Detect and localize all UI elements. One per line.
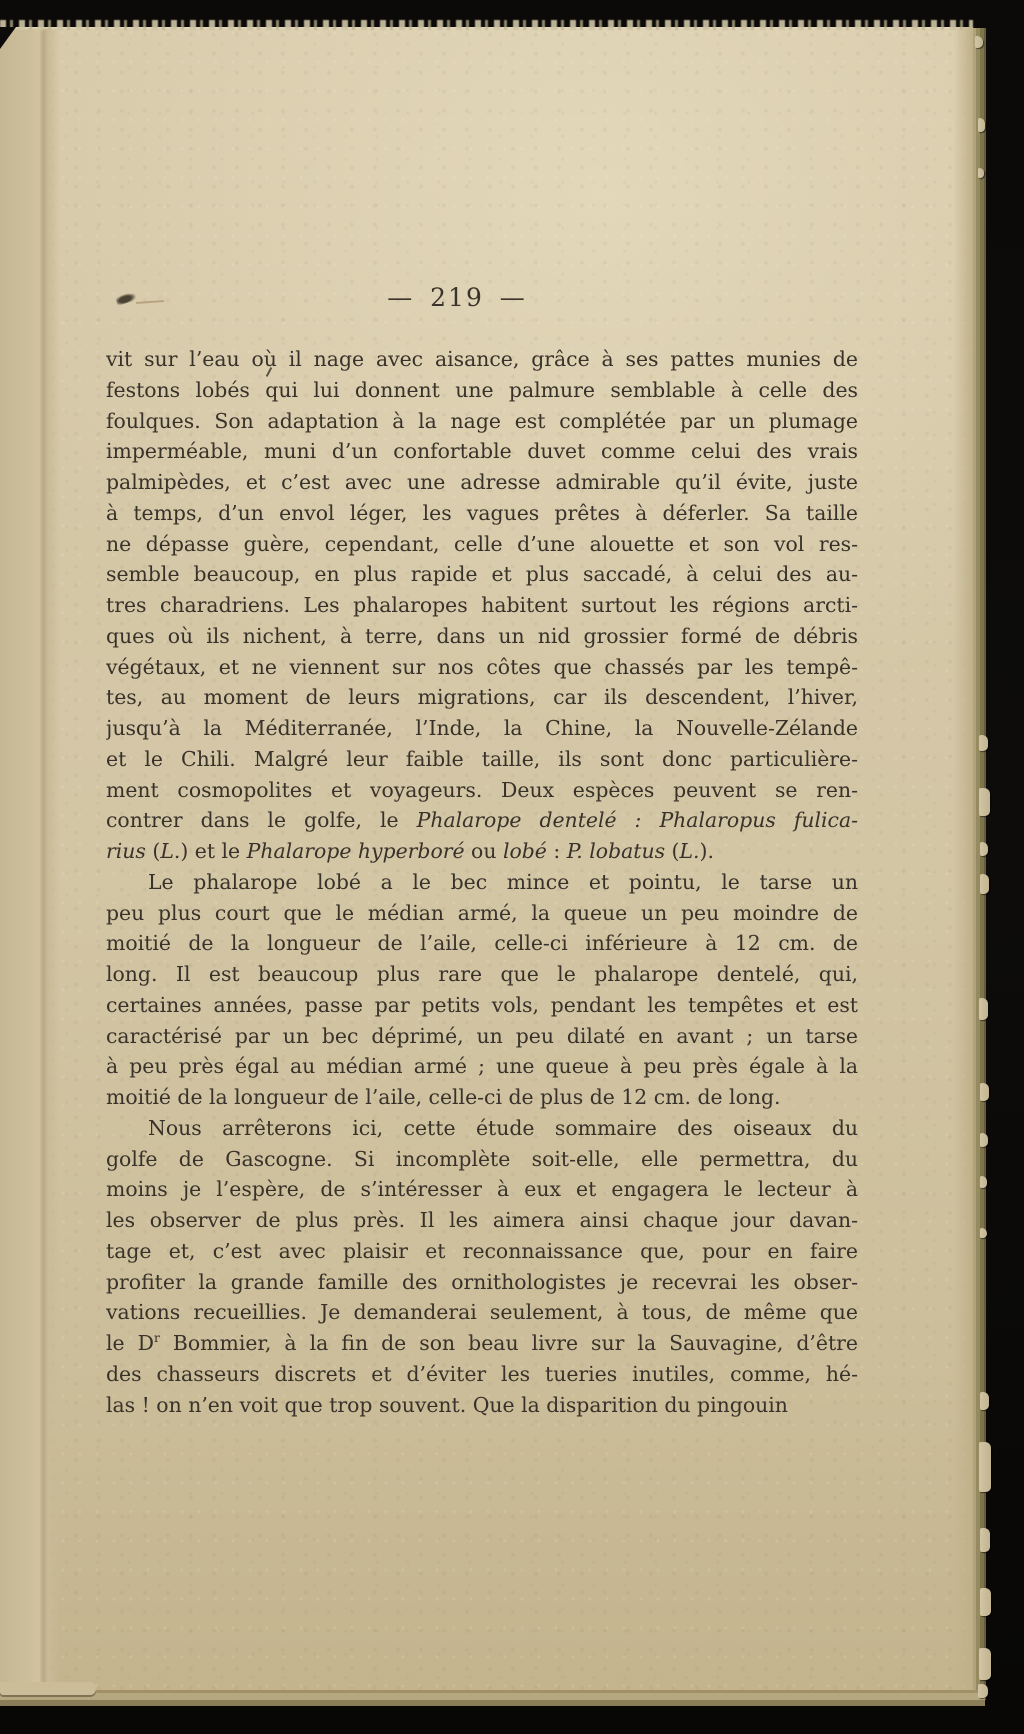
text-segment: à temps, d’un envol léger, les vagues pr… [106,501,858,525]
italic-text: lobé [503,839,547,863]
text-line: moitié de la longueur de l’aile, celle-c… [106,928,858,959]
text-line: Le phalarope lobé a le bec mince et poin… [106,867,858,898]
text-line: vit sur l’eau où il nage avec aisance, g… [106,344,858,375]
text-line: des chasseurs discrets et d’éviter les t… [106,1359,858,1390]
text-segment: ment cosmopolites et voyageurs. Deux esp… [106,778,858,802]
torn-page-tuft [979,788,990,816]
text-segment: Nous arrêterons ici, cette étude sommair… [148,1116,858,1140]
italic-text: Phalarope dentelé : Phalaropus fulica- [417,808,858,832]
torn-page-tuft [979,1442,991,1492]
text-segment: ou [465,839,503,863]
text-line: le Dr Bommier, à la fin de son beau livr… [106,1328,858,1359]
text-segment: peu plus court que le médian armé, la qu… [106,901,858,925]
torn-page-tuft [980,1083,989,1101]
text-segment: tage et, c’est avec plaisir et reconnais… [106,1239,858,1263]
torn-page-tuft [978,118,985,132]
text-segment: semble beaucoup, en plus rapide et plus … [106,562,858,586]
text-line: foulques. Son adaptation à la nage est c… [106,406,858,437]
text-line: festons lobés qui lui donnent une palmur… [106,375,858,406]
italic-text: Phalarope hyperboré [247,839,465,863]
text-segment: Le phalarope lobé a le bec mince et poin… [148,870,858,894]
torn-page-tuft [978,1684,988,1698]
photo-background: — 219 — vit sur l’eau où il nage avec ai… [0,0,1024,1734]
italic-text: rius [106,839,146,863]
text-line: tres charadriens. Les phalaropes habiten… [106,590,858,621]
text-line: las ! on n’en voit que trop souvent. Que… [106,1390,858,1421]
text-line: imperméable, muni d’un confortable duvet… [106,436,858,467]
torn-page-tuft [980,1588,991,1616]
text-segment: ques où ils nichent, à terre, dans un ni… [106,624,858,648]
text-segment: imperméable, muni d’un confortable duvet… [106,439,858,463]
text-segment: profiter la grande famille des ornitholo… [106,1270,858,1294]
text-segment: palmipèdes, et c’est avec une adresse ad… [106,470,858,494]
text-line: profiter la grande famille des ornitholo… [106,1267,858,1298]
text-segment: jusqu’à la Méditerranée, l’Inde, la Chin… [106,716,858,740]
text-line: tage et, c’est avec plaisir et reconnais… [106,1236,858,1267]
text-segment: foulques. Son adaptation à la nage est c… [106,409,858,433]
text-line: ne dépasse guère, cependant, celle d’une… [106,529,858,560]
book-page: — 219 — vit sur l’eau où il nage avec ai… [0,27,973,1690]
torn-page-tuft [980,1392,989,1410]
text-segment: las ! on n’en voit que trop souvent. Que… [106,1393,788,1417]
text-line: ques où ils nichent, à terre, dans un ni… [106,621,858,652]
under-page-edge [0,1690,985,1706]
torn-page-tuft [980,874,989,894]
italic-text: P. lobatus [567,839,665,863]
text-line: à peu près égal au médian armé ; une que… [106,1051,858,1082]
text-line: les observer de plus près. Il les aimera… [106,1205,858,1236]
torn-page-tuft [979,1648,991,1680]
text-line: contrer dans le golfe, le Phalarope dent… [106,805,858,836]
text-segment: des chasseurs discrets et d’éviter les t… [106,1362,858,1386]
text-line: moitié de la longueur de l’aile, celle-c… [106,1082,858,1113]
italic-text: L. [160,839,180,863]
text-segment: long. Il est beaucoup plus rare que le p… [106,962,858,986]
text-segment: ) et le [180,839,246,863]
torn-page-tuft [980,842,988,856]
text-segment: et le Chili. Malgré leur faible taille, … [106,747,858,771]
text-line: à temps, d’un envol léger, les vagues pr… [106,498,858,529]
text-segment: végétaux, et ne viennent sur nos côtes q… [106,655,858,679]
text-segment: caractérisé par un bec déprimé, un peu d… [106,1024,858,1048]
body-text: vit sur l’eau où il nage avec aisance, g… [106,344,858,1420]
text-line: végétaux, et ne viennent sur nos côtes q… [106,652,858,683]
text-line: Nous arrêterons ici, cette étude sommair… [106,1113,858,1144]
torn-page-tuft [975,36,983,48]
text-segment: Bommier, à la fin de son beau livre sur … [160,1331,858,1355]
text-segment: les observer de plus près. Il les aimera… [106,1208,858,1232]
text-segment: moitié de la longueur de l’aile, celle-c… [106,931,858,955]
text-line: vations recueillies. Je demanderai seule… [106,1297,858,1328]
text-segment: tres charadriens. Les phalaropes habiten… [106,593,858,617]
text-segment: : [547,839,567,863]
text-segment: le D [106,1331,154,1355]
text-line: rius (L.) et le Phalarope hyperboré ou l… [106,836,858,867]
text-segment: à peu près égal au médian armé ; une que… [106,1054,858,1078]
torn-page-tuft [980,1528,990,1552]
text-line: long. Il est beaucoup plus rare que le p… [106,959,858,990]
text-segment: ( [146,839,160,863]
torn-page-tuft [980,1176,987,1188]
text-segment: golfe de Gascogne. Si incomplète soit-el… [106,1147,858,1171]
italic-text: L. [680,839,700,863]
text-line: palmipèdes, et c’est avec une adresse ad… [106,467,858,498]
torn-page-tuft [978,168,984,178]
text-segment: festons lobés qui lui donnent une palmur… [106,378,858,402]
text-line: tes, au moment de leurs migrations, car … [106,682,858,713]
page-number: — 219 — [106,283,808,312]
torn-top-edge [0,20,973,30]
text-line: ment cosmopolites et voyageurs. Deux esp… [106,775,858,806]
text-segment: vations recueillies. Je demanderai seule… [106,1300,858,1324]
text-segment: moins je l’espère, de s’intéresser à eux… [106,1177,858,1201]
torn-page-tuft [980,1133,988,1147]
text-line: peu plus court que le médian armé, la qu… [106,898,858,929]
top-left-corner-notch [0,27,16,49]
text-line: moins je l’espère, de s’intéresser à eux… [106,1174,858,1205]
text-line: certaines années, passe par petits vols,… [106,990,858,1021]
text-line: golfe de Gascogne. Si incomplète soit-el… [106,1144,858,1175]
bottom-page-curl [0,1682,96,1695]
text-line: jusqu’à la Méditerranée, l’Inde, la Chin… [106,713,858,744]
text-segment: ). [700,839,714,863]
text-line: et le Chili. Malgré leur faible taille, … [106,744,858,775]
text-segment: moitié de la longueur de l’aile, celle-c… [106,1085,781,1109]
page-gutter-fold [0,27,60,1690]
text-line: semble beaucoup, en plus rapide et plus … [106,559,858,590]
text-segment: contrer dans le golfe, le [106,808,417,832]
text-segment: tes, au moment de leurs migrations, car … [106,685,858,709]
text-segment: ( [665,839,679,863]
text-segment: vit sur l’eau où il nage avec aisance, g… [106,347,858,371]
torn-page-tuft [979,998,988,1020]
torn-page-tuft [979,735,988,751]
text-segment: certaines années, passe par petits vols,… [106,993,858,1017]
text-segment: ne dépasse guère, cependant, celle d’une… [106,532,858,556]
text-line: caractérisé par un bec déprimé, un peu d… [106,1021,858,1052]
